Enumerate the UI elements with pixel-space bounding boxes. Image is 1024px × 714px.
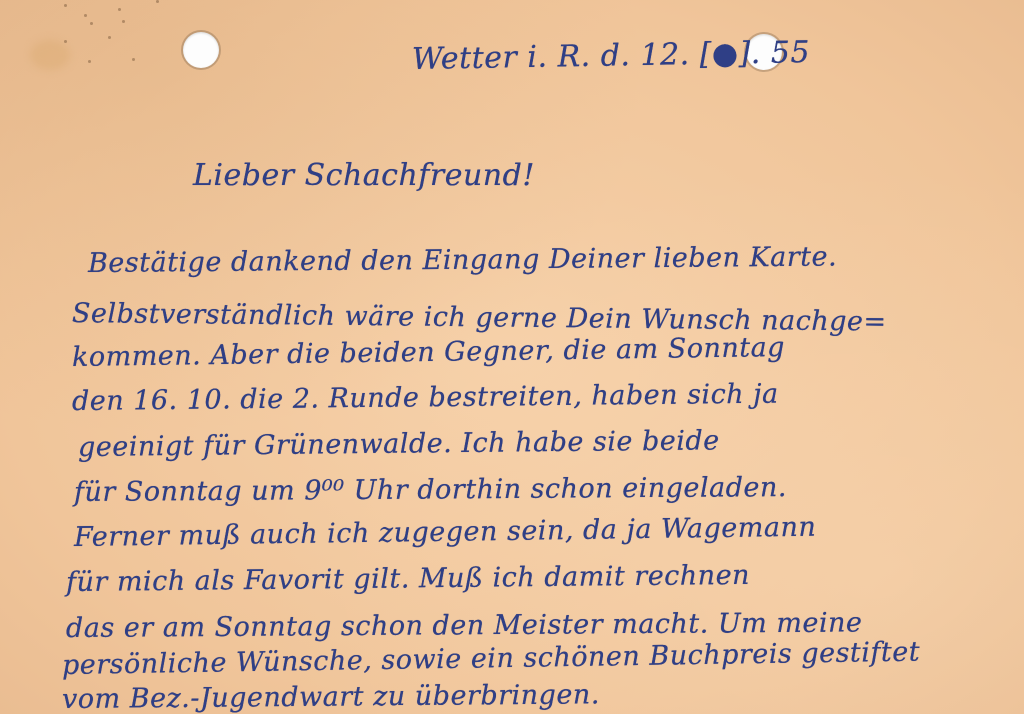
body-line: kommen. Aber die beiden Gegner, die am S… — [72, 332, 785, 373]
body-line: den 16. 10. die 2. Runde bestreiten, hab… — [72, 379, 779, 417]
body-line: Ferner muß auch ich zugegen sein, da ja … — [74, 512, 817, 553]
paper-speck — [122, 20, 125, 23]
paper-speck — [156, 0, 159, 3]
body-line: geeinigt für Grünenwalde. Ich habe sie b… — [78, 425, 720, 463]
paper-stain — [30, 40, 70, 70]
body-line: persönliche Wünsche, sowie ein schönen B… — [62, 637, 921, 681]
date-line: Wetter i. R. d. 12. [●]. 55 — [412, 35, 811, 77]
paper-speck — [84, 14, 87, 17]
body-line: für mich als Favorit gilt. Muß ich damit… — [66, 560, 750, 598]
paper-speck — [118, 8, 121, 11]
paper-speck — [64, 4, 67, 7]
paper-speck — [88, 60, 91, 63]
greeting: Lieber Schachfreund! — [193, 158, 535, 193]
body-line: Bestätige dankend den Eingang Deiner lie… — [88, 241, 837, 279]
paper-speck — [90, 22, 93, 25]
letter-paper: Wetter i. R. d. 12. [●]. 55 Lieber Schac… — [0, 0, 1024, 714]
punch-hole-left — [183, 32, 219, 68]
body-line: für Sonntag um 9⁰⁰ Uhr dorthin schon ein… — [74, 472, 787, 508]
paper-speck — [108, 36, 111, 39]
paper-speck — [132, 58, 135, 61]
body-line: vom Bez.-Jugendwart zu überbringen. — [62, 679, 600, 714]
paper-speck — [64, 40, 67, 43]
